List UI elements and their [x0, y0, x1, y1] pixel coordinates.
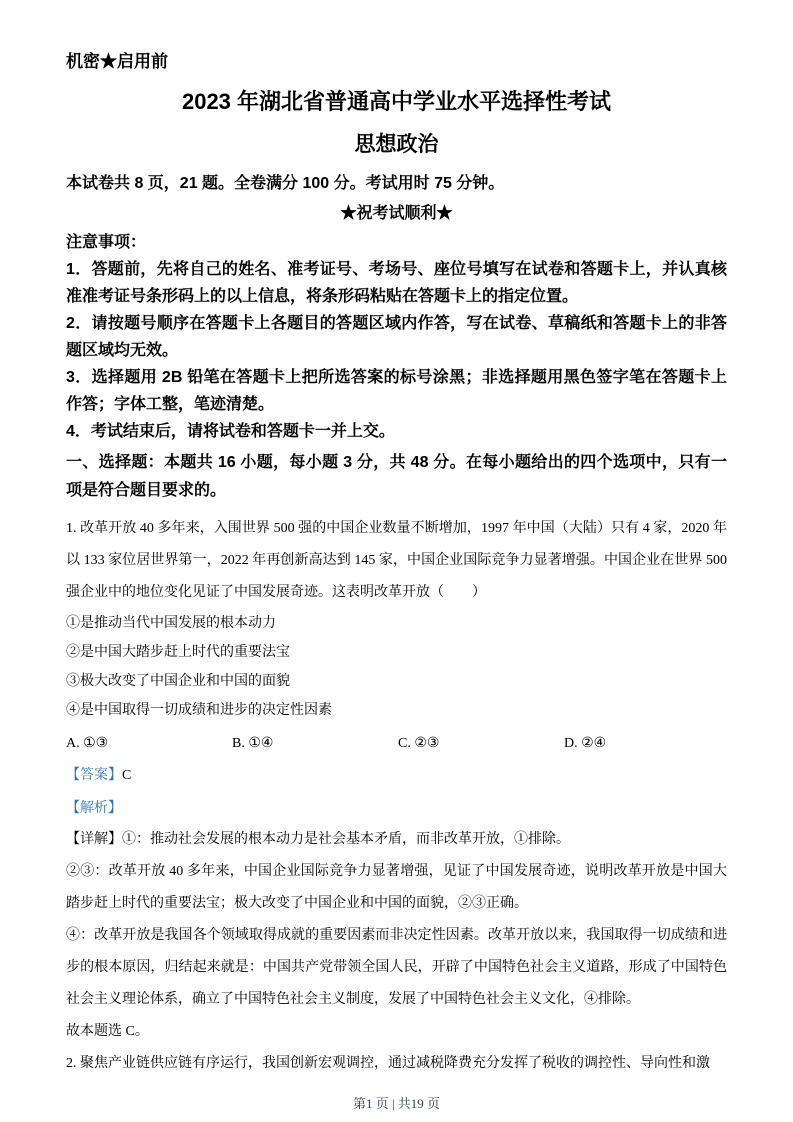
option-c: C. ②③	[398, 729, 564, 758]
notice-item-1: 1．答题前，先将自己的姓名、准考证号、考场号、座位号填写在试卷和答题卡上，并认真…	[66, 256, 727, 310]
notice-item-3: 3．选择题用 2B 铅笔在答题卡上把所选答案的标号涂黑；非选择题用黑色签字笔在答…	[66, 364, 727, 418]
detail-conclusion: 故本题选 C。	[66, 1016, 727, 1048]
question-1-statement-4: ④是中国取得一切成绩和进步的决定性因素	[66, 696, 727, 725]
section-heading: 一、选择题：本题共 16 小题，每小题 3 分，共 48 分。在每小题给出的四个…	[66, 449, 727, 505]
question-2: 2. 聚焦产业链供应链有序运行，我国创新宏观调控，通过减税降费充分发挥了税收的调…	[66, 1048, 727, 1080]
answer-line: 【答案】C	[66, 760, 727, 791]
question-1-statement-3: ③极大改变了中国企业和中国的面貌	[66, 667, 727, 696]
analysis-label: 【解析】	[66, 801, 122, 816]
detail-paragraph-2: ②③：改革开放 40 多年来，中国企业国际竞争力显著增强，见证了中国发展奇迹，说…	[66, 856, 727, 920]
exam-info: 本试卷共 8 页，21 题。全卷满分 100 分。考试用时 75 分钟。	[66, 172, 727, 196]
secrecy-label: 机密★启用前	[66, 52, 727, 72]
analysis-line: 【解析】	[66, 793, 727, 824]
exam-title: 2023 年湖北省普通高中学业水平选择性考试	[66, 88, 727, 116]
page-footer: 第1 页 | 共19 页	[0, 1093, 793, 1112]
notice-item-4: 4．考试结束后，请将试卷和答题卡一并上交。	[66, 418, 727, 445]
question-1-options: A. ①③ B. ①④ C. ②③ D. ②④	[66, 729, 727, 758]
answer-value: C	[122, 768, 131, 783]
page-number: 第1 页 | 共19 页	[353, 1096, 440, 1111]
notice-heading: 注意事项：	[66, 230, 727, 256]
question-1-statement-1: ①是推动当代中国发展的根本动力	[66, 609, 727, 638]
question-1: 1. 改革开放 40 多年来，入围世界 500 强的中国企业数量不断增加，199…	[66, 513, 727, 1048]
exam-page: 机密★启用前 2023 年湖北省普通高中学业水平选择性考试 思想政治 本试卷共 …	[0, 0, 793, 1122]
option-a: A. ①③	[66, 729, 232, 758]
question-2-stem: 2. 聚焦产业链供应链有序运行，我国创新宏观调控，通过减税降费充分发挥了税收的调…	[66, 1048, 727, 1080]
exam-subject: 思想政治	[66, 132, 727, 158]
notice-section: 注意事项： 1．答题前，先将自己的姓名、准考证号、考场号、座位号填写在试卷和答题…	[66, 230, 727, 445]
exam-wish: ★祝考试顺利★	[66, 202, 727, 226]
notice-item-2: 2．请按题号顺序在答题卡上各题目的答题区域内作答，写在试卷、草稿纸和答题卡上的非…	[66, 310, 727, 364]
option-b: B. ①④	[232, 729, 398, 758]
question-1-statement-2: ②是中国大踏步赶上时代的重要法宝	[66, 638, 727, 667]
question-1-stem: 1. 改革开放 40 多年来，入围世界 500 强的中国企业数量不断增加，199…	[66, 513, 727, 609]
detail-paragraph-1: 【详解】①：推动社会发展的根本动力是社会基本矛盾，而非改革开放，①排除。	[66, 824, 727, 856]
option-d: D. ②④	[564, 729, 606, 758]
answer-label: 【答案】	[66, 768, 122, 783]
detail-paragraph-3: ④：改革开放是我国各个领域取得成就的重要因素而非决定性因素。改革开放以来，我国取…	[66, 920, 727, 1016]
